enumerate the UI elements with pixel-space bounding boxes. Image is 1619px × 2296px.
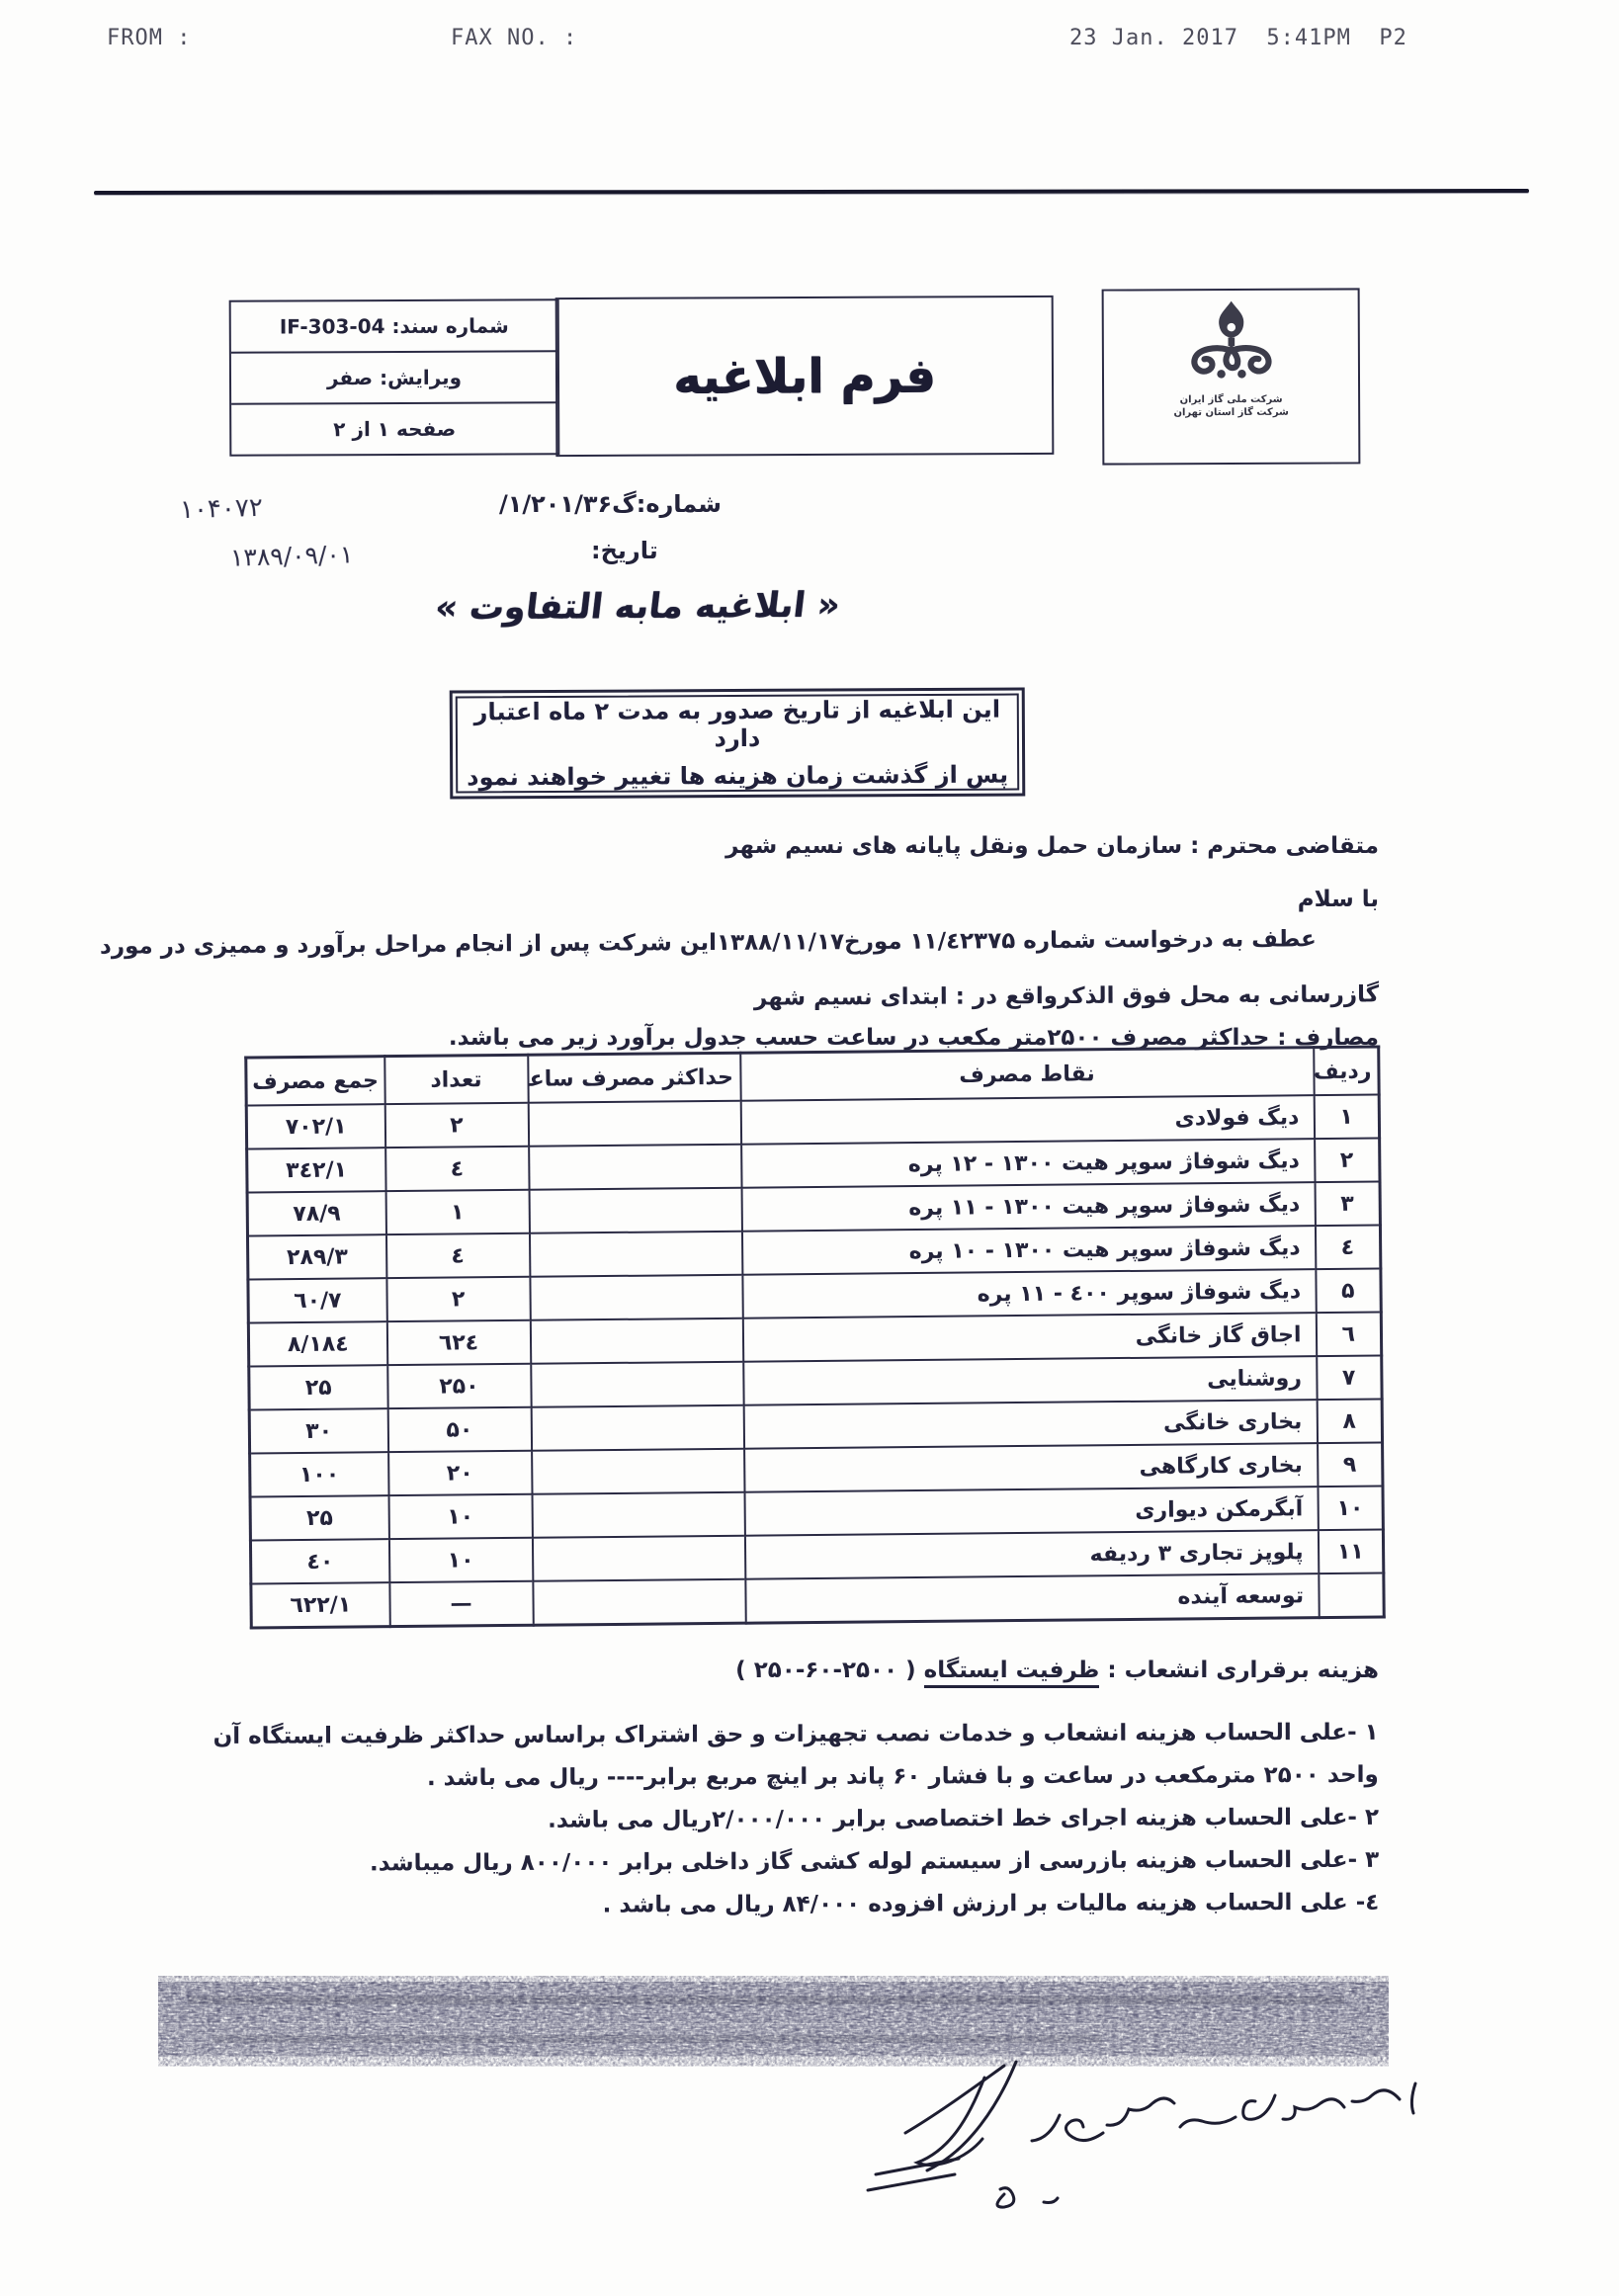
charge-line: ۳ -علی الحساب هزینه بازرسی از سیستم لوله… <box>124 1847 1379 1877</box>
addressee-line: متقاضی محترم : سازمان حمل ونقل پایانه ها… <box>725 833 1379 859</box>
count-cell: ۲ <box>384 1103 528 1148</box>
col-header-total: جمع مصرف <box>246 1057 384 1106</box>
total-consumption-cell: ۳٤۲/۱ <box>247 1148 385 1192</box>
consumption-point-cell: روشنایی <box>743 1356 1317 1405</box>
consumption-table: ردیف نقاط مصرف حداکثر مصرف ساعتی تعداد ج… <box>244 1045 1386 1629</box>
body-paragraph-2: گازرسانی به محل فوق الذکرواقع در : ابتدا… <box>754 981 1379 1010</box>
hourly-max-cell <box>531 1362 743 1407</box>
col-header-hourly-max: حداکثر مصرف ساعتی <box>528 1053 740 1103</box>
hourly-max-cell <box>532 1449 744 1494</box>
fax-from-label: FROM : <box>107 26 191 50</box>
row-number-cell: ۸ <box>1317 1399 1382 1443</box>
doc-number: شماره سند: IF-303-04 <box>231 300 557 353</box>
row-number-cell: ۵ <box>1316 1269 1381 1314</box>
count-cell: ٤ <box>385 1147 529 1191</box>
salutation: با سلام <box>1298 887 1379 912</box>
count-cell: ۲۵۰ <box>387 1364 531 1408</box>
hourly-max-cell <box>530 1318 742 1364</box>
hourly-max-cell <box>529 1145 741 1190</box>
row-number-cell: ۷ <box>1317 1355 1382 1400</box>
document-main-title: « ابلاغیه مابه التفاوت » <box>383 585 892 629</box>
consumption-point-cell: پلوپز تجاری ۳ ردیفه <box>744 1530 1318 1579</box>
count-cell: ٤ <box>385 1233 529 1278</box>
validity-notice-box: این ابلاغیه از تاریخ صدور به مدت ۲ ماه ا… <box>450 687 1026 799</box>
consumption-point-cell: دیگ فولادی <box>740 1095 1314 1145</box>
count-cell: ٦۲٤ <box>386 1320 530 1365</box>
hourly-max-cell <box>528 1101 740 1147</box>
total-consumption-cell: ٤۰ <box>250 1539 388 1583</box>
count-cell: ۵۰ <box>387 1407 531 1452</box>
total-consumption-cell: ۲۵ <box>249 1365 387 1409</box>
total-consumption-cell: ۱۸٤/۸ <box>248 1321 386 1366</box>
hourly-max-cell <box>529 1188 741 1233</box>
total-consumption-cell: ۲۸۹/۳ <box>247 1234 385 1279</box>
total-consumption-cell: ٦۲۲/۱ <box>251 1582 389 1628</box>
total-consumption-cell: ۳۰ <box>249 1408 387 1453</box>
date-handwritten: ۱۳۸۹/۰۹/۰۱ <box>230 540 354 571</box>
validity-line-1: این ابلاغیه از تاریخ صدور به مدت ۲ ماه ا… <box>458 696 1017 754</box>
row-number-cell: ٦ <box>1316 1313 1381 1357</box>
col-header-consumption-points: نقاط مصرف <box>740 1048 1314 1101</box>
header-divider-line <box>94 189 1529 195</box>
fax-timestamp: 23 Jan. 2017 5:41PM P2 <box>1069 26 1407 50</box>
row-number-cell: ۱۱ <box>1318 1529 1383 1573</box>
consumption-point-cell: دیگ شوفاژ سوپر هیت ۱۳۰۰ - ۱۱ پره <box>741 1182 1315 1232</box>
document-info-box: شماره سند: IF-303-04 ویرایش: صفر صفحه ۱ … <box>229 298 560 456</box>
total-consumption-cell: ٦۰/۷ <box>248 1278 386 1322</box>
consumption-point-cell: اجاق گاز خانگی <box>742 1313 1316 1362</box>
hourly-max-cell <box>532 1536 744 1581</box>
fax-number-label: FAX NO. : <box>451 26 577 50</box>
row-number-cell <box>1319 1573 1384 1617</box>
count-cell: ۱ <box>385 1190 529 1234</box>
count-cell: ۱۰ <box>388 1538 532 1582</box>
row-number-cell: ۹ <box>1318 1442 1383 1487</box>
reference-number-label: شماره:گ <box>612 490 722 518</box>
total-consumption-cell: ۷۰۲/۱ <box>246 1104 384 1148</box>
charges-heading-capacity: ظرفیت ایستگاه <box>924 1658 1100 1688</box>
row-number-cell: ٤ <box>1315 1226 1380 1270</box>
consumption-point-cell: دیگ شوفاژ سوپر ٤۰۰ - ۱۱ پره <box>742 1269 1316 1318</box>
handwritten-signature <box>810 2056 1443 2214</box>
reference-number-row: شماره:گ/۱/۲۰۱/۳۶ <box>425 490 722 518</box>
reference-number-value: /۱/۲۰۱/۳۶ <box>499 490 612 518</box>
charge-line: ۲ -علی الحساب هزینه اجرای خط اختصاصی برا… <box>124 1805 1379 1834</box>
gas-company-logo-icon <box>1179 298 1282 393</box>
total-consumption-cell: ۷۸/۹ <box>247 1191 385 1235</box>
count-cell: ۱۰ <box>388 1494 532 1539</box>
row-number-cell: ۳ <box>1315 1182 1380 1227</box>
charges-heading-paren: ( ۲۵۰۰-۶۰-۲۵۰ ) <box>735 1658 924 1683</box>
row-number-cell: ۱ <box>1314 1095 1379 1140</box>
col-header-row-number: ردیف <box>1314 1047 1379 1095</box>
hourly-max-cell <box>531 1405 743 1451</box>
count-cell: ۲ <box>386 1277 530 1321</box>
hourly-max-cell <box>532 1492 744 1538</box>
charges-heading-prefix: هزینه برقراری انشعاب : <box>1099 1658 1379 1683</box>
row-number-cell: ۲ <box>1315 1139 1380 1183</box>
count-cell: — <box>389 1581 533 1627</box>
consumption-point-cell: بخاری خانگی <box>743 1400 1317 1449</box>
hourly-max-cell <box>529 1232 741 1277</box>
reference-number-handwritten: ۱۰۴۰۷۲ <box>180 493 264 525</box>
fax-document-page: { "colors": { "ink": "#23233a", "ink_lig… <box>0 0 1619 2296</box>
col-header-count: تعداد <box>384 1055 528 1104</box>
hourly-max-cell <box>530 1275 742 1320</box>
consumption-point-cell: دیگ شوفاژ سوپر هیت ۱۳۰۰ - ۱۲ پره <box>741 1139 1315 1188</box>
company-name-primary: شرکت ملی گاز ایران <box>1180 393 1283 406</box>
body-paragraph-1: عطف به درخواست شماره ۱۱/٤۲۳۷۵ مورخ۱۳۸۸/۱… <box>100 926 1317 960</box>
consumption-point-cell: بخاری کارگاهی <box>744 1443 1318 1492</box>
consumption-point-cell: دیگ شوفاژ سوپر هیت ۱۳۰۰ - ۱۰ پره <box>741 1226 1315 1275</box>
charge-line: ۱ -علی الحساب هزینه انشعاب و خدمات نصب ت… <box>124 1720 1379 1749</box>
total-consumption-cell: ۲۵ <box>250 1495 388 1540</box>
charge-line: واحد ۲۵۰۰ مترمکعب در ساعت و با فشار ۶۰ پ… <box>124 1762 1379 1792</box>
charges-list: ۱ -علی الحساب هزینه انشعاب و خدمات نصب ت… <box>124 1720 1380 1919</box>
validity-line-2: پس از گذشت زمان هزینه ها تغییر خواهند نم… <box>458 761 1017 792</box>
charges-heading: هزینه برقراری انشعاب : ظرفیت ایستگاه ( ۲… <box>735 1658 1379 1683</box>
row-number-cell: ۱۰ <box>1318 1486 1383 1530</box>
total-consumption-cell: ۱۰۰ <box>250 1452 388 1496</box>
hourly-max-cell <box>533 1579 745 1626</box>
date-label: تاریخ: <box>591 537 658 564</box>
form-title: فرم ابلاغیه <box>555 296 1055 457</box>
consumption-point-cell: توسعه آینده <box>745 1573 1319 1623</box>
doc-page-info: صفحه ۱ از ۲ <box>231 403 557 454</box>
doc-revision: ویرایش: صفر <box>231 352 557 404</box>
smudged-illegible-text-block <box>158 1976 1389 2069</box>
company-name-secondary: شرکت گاز استان تهران <box>1173 406 1288 420</box>
count-cell: ۲۰ <box>388 1451 532 1495</box>
consumption-point-cell: آبگرمکن دیواری <box>744 1487 1318 1536</box>
charge-line: ٤- علی الحساب هزینه مالیات بر ارزش افزود… <box>124 1890 1379 1919</box>
company-logo-box: شرکت ملی گاز ایران شرکت گاز استان تهران <box>1102 288 1361 465</box>
